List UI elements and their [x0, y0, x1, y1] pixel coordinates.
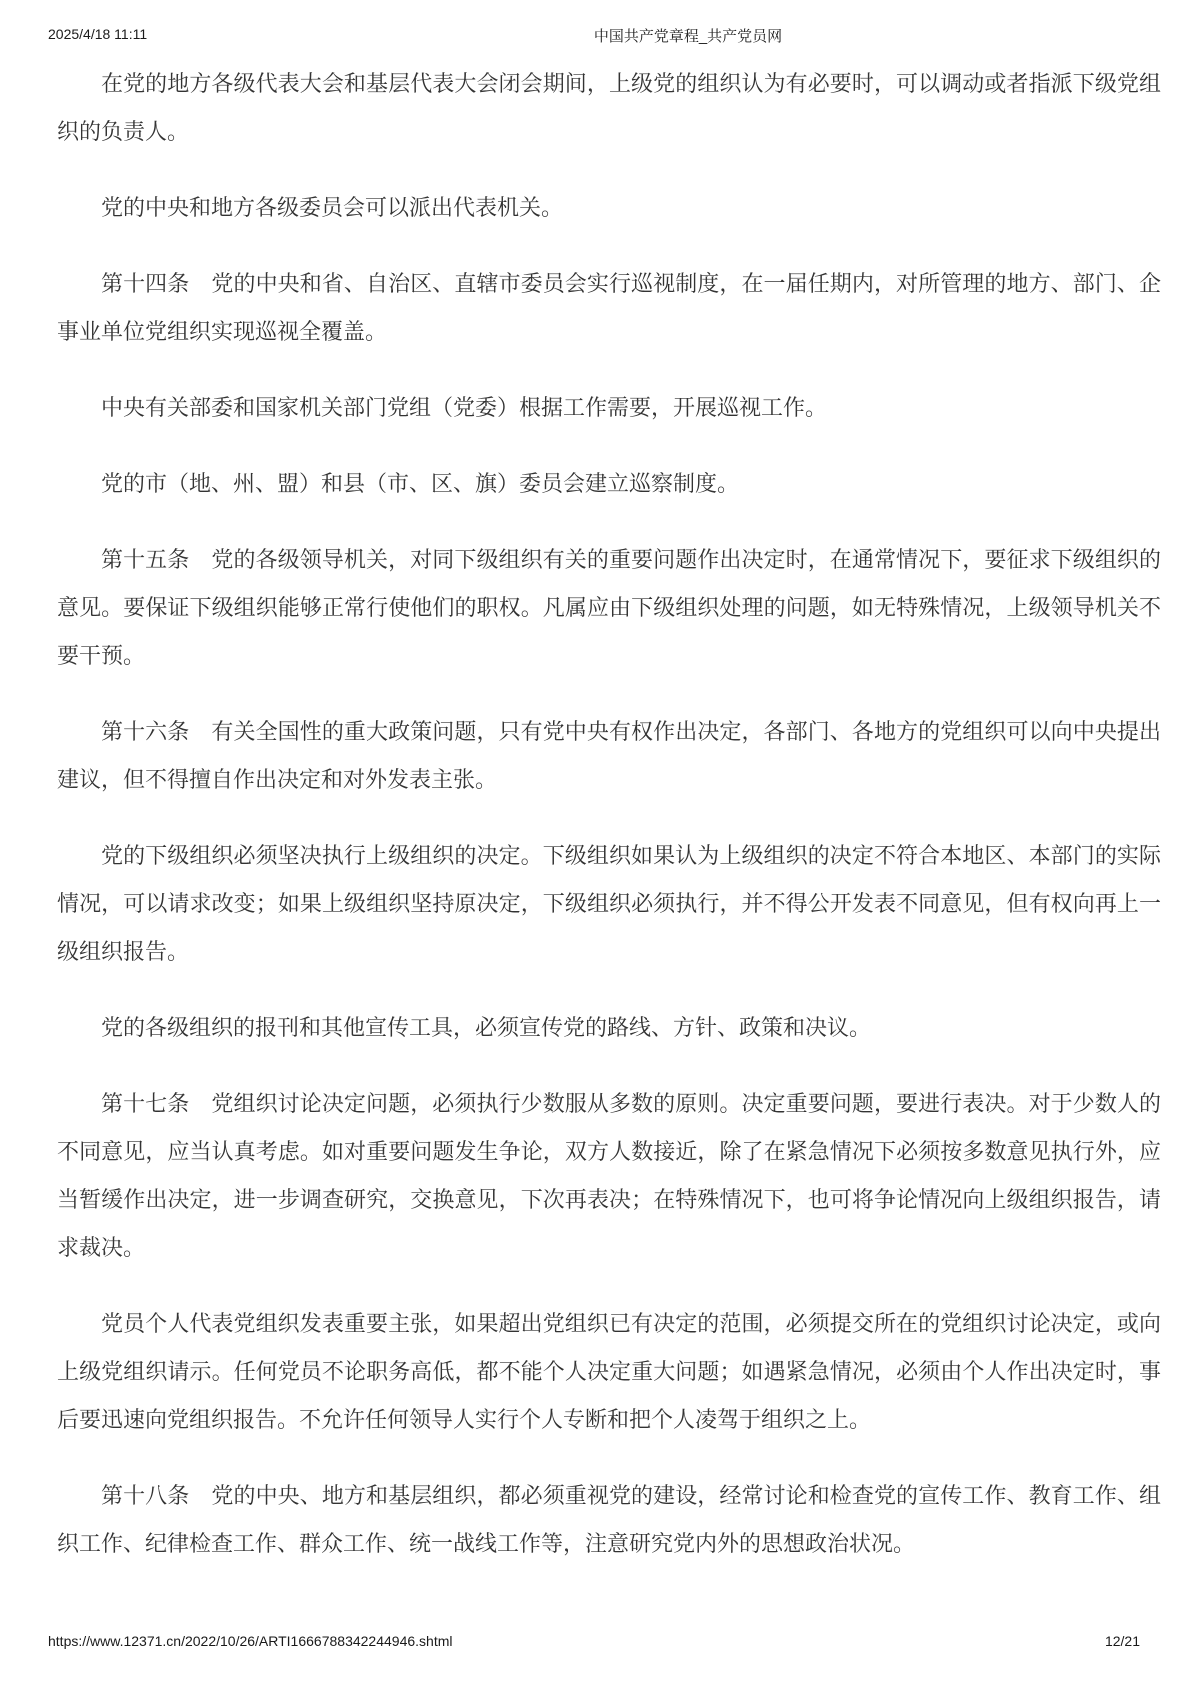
- body-paragraph-article-14: 第十四条 党的中央和省、自治区、直辖市委员会实行巡视制度，在一届任期内，对所管理…: [57, 260, 1161, 356]
- header-datetime: 2025/4/18 11:11: [48, 26, 147, 42]
- printed-page: 2025/4/18 11:11 中国共产党章程_共产党员网 在党的地方各级代表大…: [0, 0, 1190, 1684]
- body-paragraph: 在党的地方各级代表大会和基层代表大会闭会期间，上级党的组织认为有必要时，可以调动…: [57, 60, 1161, 156]
- footer-page-number: 12/21: [1105, 1633, 1140, 1649]
- print-header: 2025/4/18 11:11 中国共产党章程_共产党员网: [0, 25, 1190, 45]
- document-body: 在党的地方各级代表大会和基层代表大会闭会期间，上级党的组织认为有必要时，可以调动…: [57, 60, 1161, 1596]
- body-paragraph: 党的市（地、州、盟）和县（市、区、旗）委员会建立巡察制度。: [57, 460, 1161, 508]
- body-paragraph-article-16: 第十六条 有关全国性的重大政策问题，只有党中央有权作出决定，各部门、各地方的党组…: [57, 708, 1161, 804]
- body-paragraph: 党员个人代表党组织发表重要主张，如果超出党组织已有决定的范围，必须提交所在的党组…: [57, 1300, 1161, 1444]
- body-paragraph-article-17: 第十七条 党组织讨论决定问题，必须执行少数服从多数的原则。决定重要问题，要进行表…: [57, 1080, 1161, 1272]
- page-title: 中国共产党章程_共产党员网: [594, 25, 782, 46]
- body-paragraph-article-18: 第十八条 党的中央、地方和基层组织，都必须重视党的建设，经常讨论和检查党的宣传工…: [57, 1472, 1161, 1568]
- print-footer: https://www.12371.cn/2022/10/26/ARTI1666…: [48, 1633, 1140, 1649]
- body-paragraph: 党的各级组织的报刊和其他宣传工具，必须宣传党的路线、方针、政策和决议。: [57, 1004, 1161, 1052]
- footer-source-url: https://www.12371.cn/2022/10/26/ARTI1666…: [48, 1633, 452, 1649]
- body-paragraph: 党的中央和地方各级委员会可以派出代表机关。: [57, 184, 1161, 232]
- body-paragraph-article-15: 第十五条 党的各级领导机关，对同下级组织有关的重要问题作出决定时，在通常情况下，…: [57, 536, 1161, 680]
- body-paragraph: 中央有关部委和国家机关部门党组（党委）根据工作需要，开展巡视工作。: [57, 384, 1161, 432]
- body-paragraph: 党的下级组织必须坚决执行上级组织的决定。下级组织如果认为上级组织的决定不符合本地…: [57, 832, 1161, 976]
